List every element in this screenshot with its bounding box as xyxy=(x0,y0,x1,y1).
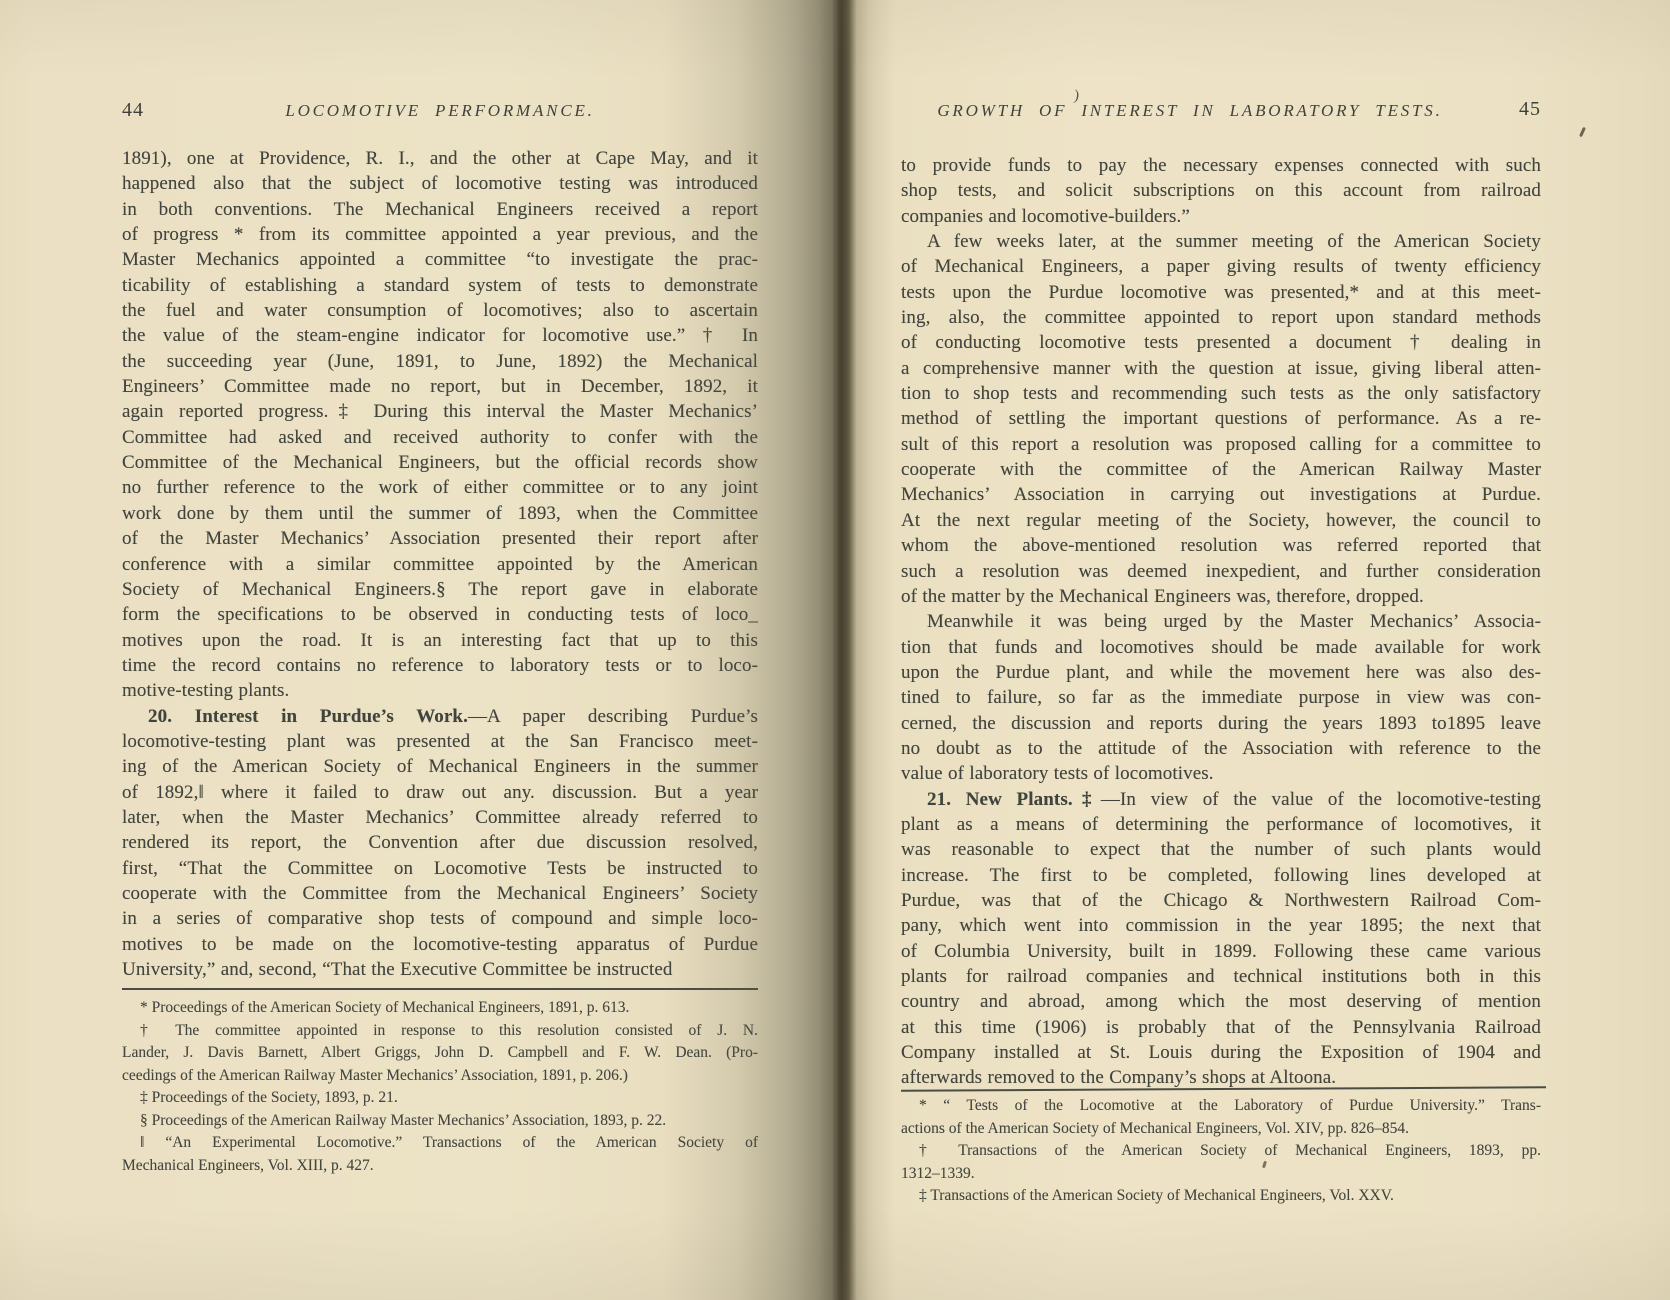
left-footnote-line: Lander, J. Davis Barnett, Albert Griggs,… xyxy=(122,1042,758,1065)
left-body-line: cooperate with the Committee from the Me… xyxy=(122,881,758,906)
right-body-line: whom the above-mentioned resolution was … xyxy=(901,533,1541,558)
right-body-line: of Mechanical Engineers, a paper giving … xyxy=(901,254,1541,279)
right-body-line: upon the Purdue plant, and while the mov… xyxy=(901,660,1541,685)
right-body-line: increase. The first to be completed, fol… xyxy=(901,863,1541,888)
right-body-line: such a resolution was deemed inexpedient… xyxy=(901,559,1541,584)
right-body-line: pany, which went into commission in the … xyxy=(901,913,1541,938)
section-heading-bold: 20. Interest in Purdue’s Work. xyxy=(148,706,468,727)
left-body-line: motives upon the road. It is an interest… xyxy=(122,628,758,653)
left-body-line: ticability of establishing a standard sy… xyxy=(122,273,758,298)
left-body-line: University,” and, second, “That the Exec… xyxy=(122,957,758,982)
right-body-line: Company installed at St. Louis during th… xyxy=(901,1040,1541,1065)
left-body-line: first, “That the Committee on Locomotive… xyxy=(122,856,758,881)
running-header-right: GROWTH OF INTEREST IN LABORATORY TESTS. xyxy=(880,101,1500,121)
left-body-line: Committee of the Mechanical Engineers, b… xyxy=(122,450,758,475)
right-page-footnotes: * “ Tests of the Locomotive at the Labor… xyxy=(901,1095,1541,1208)
right-body-line: tests upon the Purdue locomotive was pre… xyxy=(901,280,1541,305)
left-body-line: of progress * from its committee appoint… xyxy=(122,222,758,247)
right-body-line: a comprehensive manner with the question… xyxy=(901,356,1541,381)
right-body-line: sult of this report a resolution was pro… xyxy=(901,432,1541,457)
right-body-line: of conducting locomotive tests presented… xyxy=(901,330,1541,355)
left-body-line: in a series of comparative shop tests of… xyxy=(122,906,758,931)
right-body-line: value of laboratory tests of locomotives… xyxy=(901,761,1541,786)
right-body-line: of the matter by the Mechanical Engineer… xyxy=(901,584,1541,609)
right-body-line: plants for railroad companies and techni… xyxy=(901,964,1541,989)
right-body-line: At the next regular meeting of the Socie… xyxy=(901,508,1541,533)
right-body-line: Mechanics’ Association in carrying out i… xyxy=(901,482,1541,507)
right-body-line: shop tests, and solicit subscriptions on… xyxy=(901,178,1541,203)
running-header-left: LOCOMOTIVE PERFORMANCE. xyxy=(122,101,758,121)
right-footnote-line: 1312–1339. xyxy=(901,1163,1541,1186)
left-body-line: Committee had asked and received authori… xyxy=(122,425,758,450)
page-number-right: 45 xyxy=(1461,98,1541,121)
left-body-line: of the Master Mechanics’ Association pre… xyxy=(122,526,758,551)
left-body-line: work done by them until the summer of 18… xyxy=(122,501,758,526)
left-body-line: happened also that the subject of locomo… xyxy=(122,171,758,196)
left-footnote-line: ceedings of the American Railway Master … xyxy=(122,1065,758,1088)
book-spread: 44 LOCOMOTIVE PERFORMANCE. 1891), one at… xyxy=(0,0,1670,1300)
right-body-line: of Columbia University, built in 1899. F… xyxy=(901,939,1541,964)
right-footnote-line: ‡ Transactions of the American Society o… xyxy=(901,1185,1541,1208)
right-body-line: country and abroad, among which the most… xyxy=(901,989,1541,1014)
left-footnote-line: * Proceedings of the American Society of… xyxy=(122,997,758,1020)
right-body-line: tion to shop tests and recommending such… xyxy=(901,381,1541,406)
right-body-line: ing, also, the committee appointed to re… xyxy=(901,305,1541,330)
right-body-line: cooperate with the committee of the Amer… xyxy=(901,457,1541,482)
left-body-line: 20. Interest in Purdue’s Work.—A paper d… xyxy=(122,704,758,729)
right-body-line: at this time (1906) is probably that of … xyxy=(901,1015,1541,1040)
left-body-line: conference with a similar committee appo… xyxy=(122,552,758,577)
right-body-line: method of settling the important questio… xyxy=(901,406,1541,431)
left-body-line: rendered its report, the Convention afte… xyxy=(122,830,758,855)
left-page: 44 LOCOMOTIVE PERFORMANCE. 1891), one at… xyxy=(0,0,836,1300)
left-body-line: later, when the Master Mechanics’ Commit… xyxy=(122,805,758,830)
left-body-line: locomotive-testing plant was presented a… xyxy=(122,729,758,754)
left-body-line: Master Mechanics appointed a committee “… xyxy=(122,247,758,272)
right-body-line: A few weeks later, at the summer meeting… xyxy=(901,229,1541,254)
right-footnote-line: * “ Tests of the Locomotive at the Labor… xyxy=(901,1095,1541,1118)
left-footnote-line: § Proceedings of the American Railway Ma… xyxy=(122,1110,758,1133)
left-footnote-line: Mechanical Engineers, Vol. XIII, p. 427. xyxy=(122,1155,758,1178)
right-body-line: cerned, the discussion and reports durin… xyxy=(901,711,1541,736)
left-body-line: ing of the American Society of Mechanica… xyxy=(122,754,758,779)
right-body-line: Meanwhile it was being urged by the Mast… xyxy=(901,609,1541,634)
right-footnote-line: actions of the American Society of Mecha… xyxy=(901,1118,1541,1141)
left-footnote-line: ‡ Proceedings of the Society, 1893, p. 2… xyxy=(122,1087,758,1110)
left-body-line: the fuel and water consumption of locomo… xyxy=(122,298,758,323)
right-page: GROWTH OF INTEREST IN LABORATORY TESTS. … xyxy=(850,0,1670,1300)
right-body-line: 21. New Plants.‡—In view of the value of… xyxy=(901,787,1541,812)
right-body-line: companies and locomotive-builders.” xyxy=(901,204,1541,229)
left-body-line: Engineers’ Committee made no report, but… xyxy=(122,374,758,399)
left-body-line: no further reference to the work of eith… xyxy=(122,475,758,500)
left-body-line: Society of Mechanical Engineers.§ The re… xyxy=(122,577,758,602)
section-heading-bold: 21. New Plants.‡ xyxy=(927,789,1101,810)
right-body-line: Purdue, was that of the Chicago & Northw… xyxy=(901,888,1541,913)
left-footnote-line: ‖ “An Experimental Locomotive.” Transact… xyxy=(122,1132,758,1155)
left-footnote-line: † The committee appointed in response to… xyxy=(122,1020,758,1043)
left-body-line: 1891), one at Providence, R. I., and the… xyxy=(122,146,758,171)
right-body-line: tion that funds and locomotives should b… xyxy=(901,635,1541,660)
left-body-line: of 1892,‖ where it failed to draw out an… xyxy=(122,780,758,805)
left-page-text: 1891), one at Providence, R. I., and the… xyxy=(122,146,758,982)
right-body-line: to provide funds to pay the necessary ex… xyxy=(901,153,1541,178)
left-body-line: again reported progress.‡ During this in… xyxy=(122,399,758,424)
left-body-line: the value of the steam-engine indicator … xyxy=(122,323,758,348)
right-body-line: plant as a means of determining the perf… xyxy=(901,812,1541,837)
footnote-rule-left xyxy=(122,988,758,990)
left-body-line: form the specifications to be observed i… xyxy=(122,602,758,627)
right-page-text: to provide funds to pay the necessary ex… xyxy=(901,153,1541,1091)
right-footnote-line: † Transactions of the American Society o… xyxy=(901,1140,1541,1163)
left-body-line: motives to be made on the locomotive-tes… xyxy=(122,932,758,957)
left-body-line: in both conventions. The Mechanical Engi… xyxy=(122,197,758,222)
right-body-line: was reasonable to expect that the number… xyxy=(901,837,1541,862)
right-body-line: no doubt as to the attitude of the Assoc… xyxy=(901,736,1541,761)
left-body-line: motive-testing plants. xyxy=(122,678,758,703)
right-body-line: tined to failure, so far as the immediat… xyxy=(901,685,1541,710)
left-page-footnotes: * Proceedings of the American Society of… xyxy=(122,997,758,1177)
left-body-line: time the record contains no reference to… xyxy=(122,653,758,678)
left-body-line: the succeeding year (June, 1891, to June… xyxy=(122,349,758,374)
